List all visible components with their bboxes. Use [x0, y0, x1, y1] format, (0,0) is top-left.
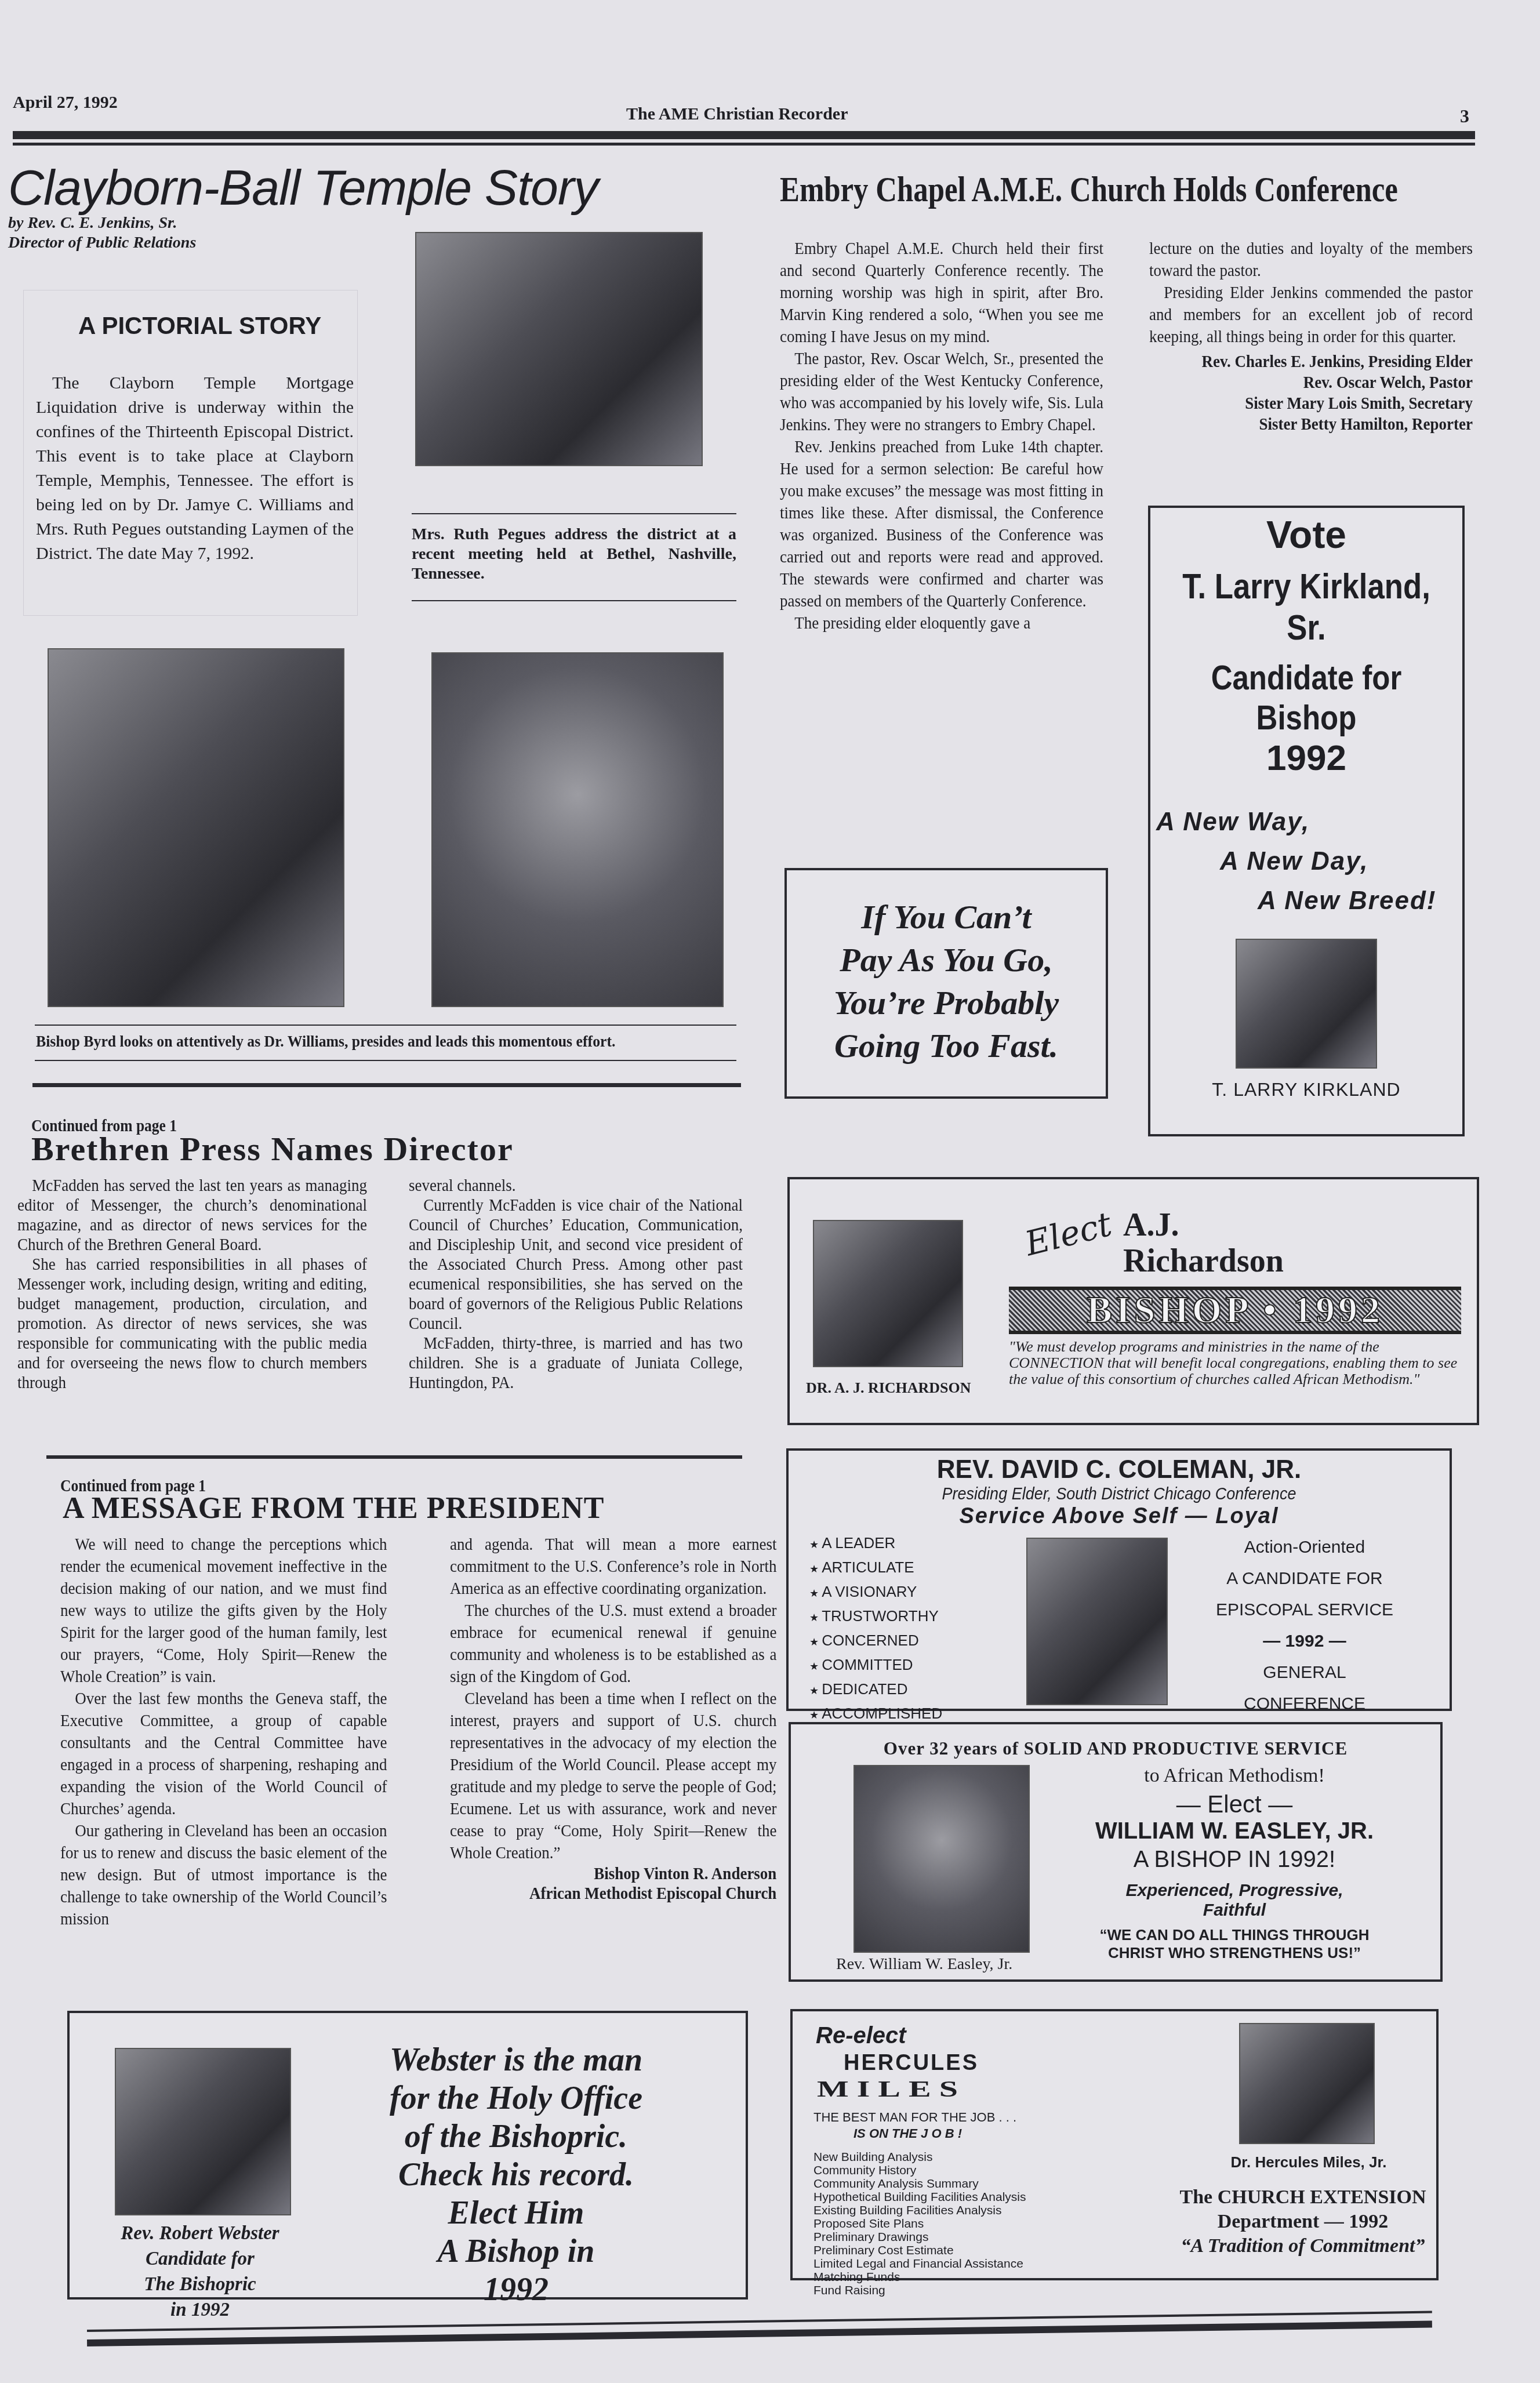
coleman-right-text: Action-Oriented A CANDIDATE FOR EPISCOPA…	[1183, 1532, 1426, 1720]
richardson-name: A.J. Richardson	[1123, 1207, 1284, 1279]
kirkland-ad: Vote T. Larry Kirkland, Sr. Candidate fo…	[1148, 506, 1465, 1136]
webster-line: Check his record.	[342, 2156, 690, 2194]
section-divider	[32, 1083, 741, 1087]
coleman-name: REV. DAVID C. COLEMAN, JR.	[789, 1455, 1450, 1484]
easley-bishop: A BISHOP IN 1992!	[1046, 1847, 1423, 1873]
webster-line: A Bishop in	[342, 2232, 690, 2271]
webster-line: for the Holy Office	[342, 2079, 690, 2117]
caption-rule-bottom	[35, 1060, 736, 1061]
miles-services: New Building Analysis Community History …	[813, 2150, 1026, 2297]
brethren-headline: Brethren Press Names Director	[31, 1129, 514, 1168]
service-item: New Building Analysis	[813, 2150, 1026, 2164]
embry-signatures: Rev. Charles E. Jenkins, Presiding Elder…	[1149, 351, 1473, 435]
quality-item: A VISIONARY	[809, 1581, 942, 1605]
webster-ad: Rev. Robert Webster Candidate for The Bi…	[67, 2011, 748, 2300]
signature-church: African Methodist Episcopal Church	[450, 1884, 776, 1904]
miles-reelect: Re-elect	[816, 2023, 906, 2049]
miles-tagline-2: IS ON THE J O B !	[853, 2126, 962, 2141]
coleman-slogan: Service Above Self — Loyal	[789, 1504, 1450, 1529]
richardson-photo-caption: DR. A. J. RICHARDSON	[806, 1379, 971, 1397]
president-para-5: The churches of the U.S. must extend a b…	[450, 1600, 776, 1688]
coleman-action: Action-Oriented	[1183, 1532, 1426, 1563]
embry-headline: Embry Chapel A.M.E. Church Holds Confere…	[780, 169, 1398, 210]
easley-ad: Over 32 years of SOLID AND PRODUCTIVE SE…	[789, 1722, 1443, 1982]
president-para-2: Over the last few months the Geneva staf…	[60, 1688, 387, 1820]
quality-item: TRUSTWORTHY	[809, 1605, 942, 1629]
miles-photo-caption: Dr. Hercules Miles, Jr.	[1198, 2153, 1419, 2171]
embry-para-6: Presiding Elder Jenkins commended the pa…	[1149, 282, 1473, 348]
webster-photo	[115, 2048, 291, 2215]
coleman-year: — 1992 —	[1183, 1626, 1426, 1657]
coleman-photo	[1026, 1538, 1168, 1705]
president-signature: Bishop Vinton R. Anderson African Method…	[450, 1864, 776, 1904]
richardson-quote: "We must develop programs and ministries…	[1009, 1339, 1467, 1387]
embry-para-4: The presiding elder eloquently gave a	[780, 612, 1103, 634]
quality-item: CONCERNED	[809, 1629, 942, 1654]
bishop-1992-banner: BISHOP • 1992	[1009, 1287, 1461, 1334]
publication-name: The AME Christian Recorder	[626, 104, 848, 124]
coleman-ad: REV. DAVID C. COLEMAN, JR. Presiding Eld…	[786, 1448, 1452, 1711]
miles-tagline-1: THE BEST MAN FOR THE JOB . . .	[813, 2110, 1016, 2125]
pictorial-subhead: A PICTORIAL STORY	[78, 312, 321, 340]
service-item: Existing Building Facilities Analysis	[813, 2204, 1026, 2217]
richardson-elect: Elect	[1021, 1204, 1116, 1264]
coleman-title: Presiding Elder, South District Chicago …	[822, 1484, 1416, 1504]
issue-date: April 27, 1992	[13, 93, 118, 112]
service-item: Community History	[813, 2164, 1026, 2177]
kirkland-photo	[1236, 939, 1377, 1069]
coleman-candidate: A CANDIDATE FOR	[1183, 1563, 1426, 1594]
pay-as-you-go-box: If You Can’t Pay As You Go, You’re Proba…	[784, 868, 1108, 1099]
pay-line-2: Pay As You Go,	[787, 939, 1106, 982]
signature-secretary: Sister Mary Lois Smith, Secretary	[1149, 393, 1473, 414]
service-item: Matching Funds	[813, 2271, 1026, 2284]
easley-quote-1: “WE CAN DO ALL THINGS THROUGH	[1046, 1926, 1423, 1944]
richardson-ad: DR. A. J. RICHARDSON Elect A.J. Richards…	[787, 1177, 1479, 1425]
president-headline: A MESSAGE FROM THE PRESIDENT	[63, 1491, 604, 1525]
caption-rule-bottom	[412, 600, 736, 601]
kirkland-candidate: Candidate for Bishop	[1174, 657, 1439, 738]
brethren-para-2: She has carried responsibilities in all …	[17, 1255, 367, 1393]
section-divider	[46, 1455, 742, 1459]
coleman-episcopal: EPISCOPAL SERVICE	[1183, 1594, 1426, 1626]
brethren-col2: several channels. Currently McFadden is …	[409, 1176, 743, 1393]
clayborn-byline: by Rev. C. E. Jenkins, Sr. Director of P…	[8, 213, 196, 253]
easley-traits-1: Experienced, Progressive,	[1046, 1881, 1423, 1901]
quality-item: COMMITTED	[809, 1654, 942, 1678]
webster-line: Webster is the man	[342, 2041, 690, 2079]
brethren-para-5: McFadden, thirty-three, is married and h…	[409, 1334, 743, 1393]
byrd-williams-caption: Bishop Byrd looks on attentively as Dr. …	[36, 1032, 681, 1052]
miles-ad: Re-elect HERCULES MILES THE BEST MAN FOR…	[790, 2009, 1439, 2280]
embry-col1: Embry Chapel A.M.E. Church held their fi…	[780, 238, 1103, 634]
president-col1: We will need to change the perceptions w…	[60, 1534, 387, 1930]
signature-bishop: Bishop Vinton R. Anderson	[450, 1864, 776, 1884]
miles-dept-line-1: The CHURCH EXTENSION	[1175, 2185, 1430, 2210]
clayborn-body: The Clayborn Temple Mortgage Liquidation…	[36, 371, 354, 566]
quality-item: ARTICULATE	[809, 1556, 942, 1581]
kirkland-year: 1992	[1150, 738, 1462, 779]
service-item: Fund Raising	[813, 2284, 1026, 2297]
masthead-rule-thin	[13, 143, 1475, 146]
easley-right: to African Methodism! — Elect — WILLIAM …	[1046, 1765, 1423, 1962]
easley-photo	[853, 1765, 1030, 1953]
service-item: Proposed Site Plans	[813, 2217, 1026, 2231]
kirkland-photo-caption: T. LARRY KIRKLAND	[1150, 1079, 1462, 1100]
brethren-para-3: several channels.	[409, 1176, 743, 1196]
signature-reporter: Sister Betty Hamilton, Reporter	[1149, 414, 1473, 435]
easley-quote-2: CHRIST WHO STRENGTHENS US!”	[1046, 1944, 1423, 1962]
byline-author: by Rev. C. E. Jenkins, Sr.	[8, 213, 196, 233]
webster-line: 1992	[342, 2271, 690, 2309]
pay-box-text: If You Can’t Pay As You Go, You’re Proba…	[787, 896, 1106, 1067]
signature-elder: Rev. Charles E. Jenkins, Presiding Elder	[1149, 351, 1473, 372]
president-para-4: and agenda. That will mean a more earnes…	[450, 1534, 776, 1600]
webster-caption-line: The Bishopric	[93, 2272, 307, 2297]
easley-elect: — Elect —	[1046, 1790, 1423, 1818]
ruth-pegues-caption: Mrs. Ruth Pegues address the district at…	[412, 525, 736, 584]
photo-ruth-pegues	[415, 232, 703, 466]
brethren-para-4: Currently McFadden is vice chair of the …	[409, 1196, 743, 1334]
footer-rule-thick	[87, 2321, 1432, 2346]
pay-line-4: Going Too Fast.	[787, 1025, 1106, 1067]
pay-line-3: You’re Probably	[787, 982, 1106, 1025]
kirkland-vote: Vote	[1150, 513, 1462, 557]
webster-slogan: Webster is the man for the Holy Office o…	[342, 2041, 690, 2309]
webster-photo-caption: Rev. Robert Webster Candidate for The Bi…	[93, 2221, 307, 2323]
embry-col2: lecture on the duties and loyalty of the…	[1149, 238, 1473, 435]
webster-caption-line: in 1992	[93, 2297, 307, 2323]
richardson-photo	[813, 1220, 963, 1367]
miles-first-name: HERCULES	[844, 2051, 979, 2076]
webster-line: Elect Him	[342, 2194, 690, 2232]
quality-item: DEDICATED	[809, 1678, 942, 1702]
signature-pastor: Rev. Oscar Welch, Pastor	[1149, 372, 1473, 393]
photo-dr-williams	[431, 652, 724, 1007]
coleman-general: GENERAL	[1183, 1657, 1426, 1688]
caption-rule-top	[35, 1025, 736, 1026]
president-col2: and agenda. That will mean a more earnes…	[450, 1534, 776, 1904]
easley-photo-caption: Rev. William W. Easley, Jr.	[836, 1955, 1012, 1974]
service-item: Preliminary Drawings	[813, 2231, 1026, 2244]
webster-caption-line: Candidate for	[93, 2246, 307, 2272]
easley-sub: to African Methodism!	[1046, 1765, 1423, 1787]
service-item: Limited Legal and Financial Assistance	[813, 2257, 1026, 2271]
caption-rule-top	[412, 513, 736, 514]
byline-title: Director of Public Relations	[8, 233, 196, 253]
richardson-initials: A.J.	[1123, 1207, 1284, 1243]
miles-department: The CHURCH EXTENSION Department — 1992 “…	[1175, 2185, 1430, 2258]
service-item: Preliminary Cost Estimate	[813, 2244, 1026, 2257]
masthead-rule-thick	[13, 131, 1475, 139]
embry-para-2: The pastor, Rev. Oscar Welch, Sr., prese…	[780, 348, 1103, 436]
coleman-qualities: A LEADER ARTICULATE A VISIONARY TRUSTWOR…	[809, 1532, 942, 1727]
embry-para-3: Rev. Jenkins preached from Luke 14th cha…	[780, 436, 1103, 612]
president-para-3: Our gathering in Cleveland has been an o…	[60, 1820, 387, 1930]
miles-last-name: MILES	[817, 2075, 966, 2102]
webster-caption-name: Rev. Robert Webster	[93, 2221, 307, 2246]
president-para-1: We will need to change the perceptions w…	[60, 1534, 387, 1688]
miles-dept-line-2: Department — 1992	[1175, 2210, 1430, 2234]
page-number: 3	[1460, 106, 1469, 127]
kirkland-slogan-3: A New Breed!	[1258, 887, 1462, 916]
quality-item: A LEADER	[809, 1532, 942, 1556]
photo-bishop-byrd	[48, 648, 344, 1007]
kirkland-slogan-1: A New Way,	[1156, 808, 1462, 837]
coleman-conference: CONFERENCE	[1183, 1688, 1426, 1720]
embry-para-5: lecture on the duties and loyalty of the…	[1149, 238, 1473, 282]
kirkland-name: T. Larry Kirkland, Sr.	[1174, 566, 1439, 648]
brethren-col1: McFadden has served the last ten years a…	[17, 1176, 367, 1393]
embry-para-1: Embry Chapel A.M.E. Church held their fi…	[780, 238, 1103, 348]
brethren-para-1: McFadden has served the last ten years a…	[17, 1176, 367, 1255]
easley-headline: Over 32 years of SOLID AND PRODUCTIVE SE…	[791, 1738, 1440, 1759]
president-para-6: Cleveland has been a time when I reflect…	[450, 1688, 776, 1864]
kirkland-slogan-2: A New Day,	[1220, 847, 1462, 876]
easley-name: WILLIAM W. EASLEY, JR.	[1046, 1818, 1423, 1844]
pay-line-1: If You Can’t	[787, 896, 1106, 939]
richardson-surname: Richardson	[1123, 1243, 1284, 1279]
miles-motto: “A Tradition of Commitment”	[1175, 2234, 1430, 2258]
clayborn-headline: Clayborn-Ball Temple Story	[8, 159, 598, 217]
miles-photo	[1239, 2023, 1375, 2144]
service-item: Hypothetical Building Facilities Analysi…	[813, 2191, 1026, 2204]
service-item: Community Analysis Summary	[813, 2177, 1026, 2191]
webster-line: of the Bishopric.	[342, 2117, 690, 2156]
easley-traits-2: Faithful	[1046, 1901, 1423, 1920]
